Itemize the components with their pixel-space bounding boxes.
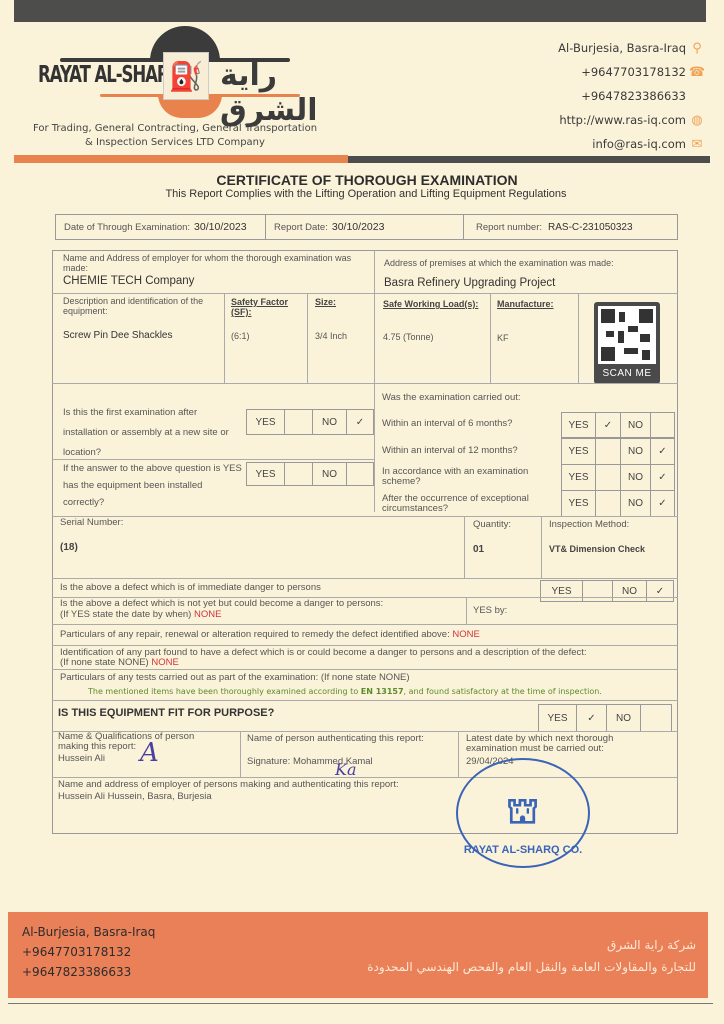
grid-line <box>52 777 678 778</box>
company-tagline: For Trading, General Contracting, Genera… <box>20 122 330 150</box>
footer-phone2[interactable]: +9647823386633 <box>22 962 155 982</box>
contact-phone1[interactable]: +9647703178132☎ <box>558 60 704 84</box>
tests-text-post: , and found satisfactory at the time of … <box>404 687 602 696</box>
contact-phone2[interactable]: +9647823386633 <box>558 84 704 108</box>
method-value: VT& Dimension Check <box>549 544 645 554</box>
contact-email[interactable]: info@ras-iq.com✉ <box>558 132 704 156</box>
yes-label: YES <box>539 705 577 731</box>
grid-line <box>52 624 678 625</box>
footer-ar-line1: شركة راية الشرق <box>367 934 696 956</box>
identification-hint: (If none state NONE) <box>60 657 149 668</box>
no-label: NO <box>621 413 651 438</box>
yes-label: YES <box>562 413 596 438</box>
footer-band: Al-Burjesia, Basra-Iraq +9647703178132 +… <box>8 912 708 998</box>
grid-line <box>52 293 678 294</box>
footer-address: Al-Burjesia, Basra-Iraq <box>22 922 155 942</box>
safety-factor-value: (6:1) <box>231 331 250 341</box>
safety-factor-label: Safety Factor (SF): <box>231 297 301 317</box>
no-label: NO <box>607 705 641 731</box>
interval-12-no-check[interactable]: ✓ <box>651 439 674 464</box>
premises-value: Basra Refinery Upgrading Project <box>384 277 555 289</box>
exam-date-value: 30/10/2023 <box>194 221 247 233</box>
first-exam-yes-no: YES NO ✓ <box>246 409 374 435</box>
employer-persons-value: Hussein Ali Hussein, Basra, Burjesia <box>58 792 212 802</box>
first-exam-yes-check[interactable] <box>285 410 313 434</box>
exam-scheme-yes-check[interactable] <box>596 465 621 490</box>
footer-divider <box>8 1003 713 1004</box>
footer-contact: Al-Burjesia, Basra-Iraq +9647703178132 +… <box>22 922 155 982</box>
grid-line <box>240 731 241 777</box>
equipment-label: Description and identification of the eq… <box>63 296 223 316</box>
immediate-danger-question: Is the above a defect which is of immedi… <box>60 583 321 593</box>
size-label: Size: <box>315 297 336 307</box>
future-danger-sub: (If YES state the date by when) NONE <box>60 610 221 620</box>
qr-code[interactable]: SCAN ME <box>594 302 660 384</box>
oil-pump-icon: ⛽ <box>163 52 209 100</box>
repair-row: Particulars of any repair, renewal or al… <box>60 630 480 640</box>
maker-label: Name & Qualifications of person making t… <box>58 732 218 752</box>
tests-standard: EN 13157 <box>361 687 404 696</box>
installed-yes-check[interactable] <box>285 463 313 485</box>
company-name-en: RAYAT AL-SHARQ <box>38 62 182 88</box>
header-dark-bar <box>14 0 706 22</box>
grid-line <box>466 597 467 624</box>
scan-me-label: SCAN ME <box>598 368 656 379</box>
exceptional-yes-no: YES NO ✓ <box>561 490 675 517</box>
yes-by-label: YES by: <box>473 606 507 616</box>
exam-scheme-yes-no: YES NO ✓ <box>561 464 675 491</box>
company-name-ar: راية الشرق <box>220 58 320 128</box>
grid-line <box>52 383 678 384</box>
tests-result: The mentioned items have been thoroughly… <box>88 687 602 696</box>
tests-text-pre: The mentioned items have been thoroughly… <box>88 687 361 696</box>
exceptional-yes-check[interactable] <box>596 491 621 516</box>
grid-line <box>224 293 225 383</box>
footer-ar-line2: للتجارة والمقاولات العامة والنقل العام و… <box>367 956 696 978</box>
premises-label: Address of premises at which the examina… <box>384 258 614 268</box>
contact-website[interactable]: http://www.ras-iq.com◍ <box>558 108 704 132</box>
location-pin-icon: ⚲ <box>690 41 704 55</box>
employer-persons-label: Name and address of employer of persons … <box>58 780 399 790</box>
interval-12-yes-no: YES NO ✓ <box>561 438 675 465</box>
report-number-value: RAS-C-231050323 <box>548 222 633 233</box>
yes-label: YES <box>562 439 596 464</box>
interval-12-yes-check[interactable] <box>596 439 621 464</box>
quantity-label: Quantity: <box>473 520 511 530</box>
grid-line <box>458 731 459 777</box>
fit-no-check[interactable] <box>641 705 671 731</box>
exceptional-no-check[interactable]: ✓ <box>651 491 674 516</box>
report-date-label: Report Date: <box>274 222 328 233</box>
future-danger-question: Is the above a defect which is not yet b… <box>60 599 383 609</box>
report-date-cell: Report Date:30/10/2023 <box>266 215 464 239</box>
envelope-icon: ✉ <box>690 137 704 151</box>
phone-icon: ☎ <box>690 65 704 79</box>
interval-6-no-check[interactable] <box>651 413 674 438</box>
tagline-line1: For Trading, General Contracting, Genera… <box>20 122 330 136</box>
grid-line <box>464 516 465 578</box>
interval-6-months-question: Within an interval of 6 months? <box>382 419 512 429</box>
no-label: NO <box>621 439 651 464</box>
exam-scheme-question: In accordance with an examination scheme… <box>382 467 552 487</box>
grid-line <box>52 700 678 701</box>
serial-label: Serial Number: <box>60 518 123 528</box>
serial-value: (18) <box>60 542 78 553</box>
authenticator-label: Name of person authenticating this repor… <box>247 734 424 744</box>
exam-date-label: Date of Through Examination: <box>64 222 190 233</box>
size-value: 3/4 Inch <box>315 331 347 341</box>
contact-address: Al-Burjesia, Basra-Iraq⚲ <box>558 36 704 60</box>
manufacture-label: Manufacture: <box>497 299 554 309</box>
method-label: Inspection Method: <box>549 520 629 530</box>
first-exam-yes-label: YES <box>247 410 285 434</box>
contact-info: Al-Burjesia, Basra-Iraq⚲ +9647703178132☎… <box>558 36 704 156</box>
yes-label: YES <box>562 491 596 516</box>
future-danger-hint: (If YES state the date by when) <box>60 609 191 620</box>
fit-for-purpose-label: IS THIS EQUIPMENT FIT FOR PURPOSE? <box>58 707 274 719</box>
header-divider-orange <box>14 155 348 163</box>
stamp-text: RAYAT AL-SHARQ CO. <box>464 844 582 856</box>
first-exam-no-check[interactable]: ✓ <box>347 410 373 434</box>
contact-address-text: Al-Burjesia, Basra-Iraq <box>558 41 686 55</box>
exam-scheme-no-check[interactable]: ✓ <box>651 465 674 490</box>
manufacture-value: KF <box>497 333 509 343</box>
tagline-line2: & Inspection Services LTD Company <box>20 136 330 150</box>
interval-6-yes-check[interactable]: ✓ <box>596 413 621 438</box>
fit-yes-check[interactable]: ✓ <box>577 705 607 731</box>
repair-value: NONE <box>452 629 479 640</box>
identification-value: NONE <box>151 657 178 668</box>
immediate-danger-no-check[interactable]: ✓ <box>647 581 673 601</box>
grid-line <box>307 293 308 383</box>
exam-date-cell: Date of Through Examination:30/10/2023 <box>56 215 266 239</box>
grid-line <box>52 645 678 646</box>
footer-phone1[interactable]: +9647703178132 <box>22 942 155 962</box>
no-label: NO <box>621 465 651 490</box>
email-link[interactable]: info@ras-iq.com <box>592 137 686 151</box>
installed-question: If the answer to the above question is Y… <box>63 460 243 511</box>
swl-value: 4.75 (Tonne) <box>383 332 434 342</box>
repair-label: Particulars of any repair, renewal or al… <box>60 629 450 640</box>
date-info-row: Date of Through Examination:30/10/2023 R… <box>55 214 678 240</box>
grid-line <box>374 250 375 512</box>
equipment-value: Screw Pin Dee Shackles <box>63 330 173 341</box>
maker-signature: A <box>140 738 159 768</box>
installed-no-check[interactable] <box>347 463 373 485</box>
yes-label: YES <box>562 465 596 490</box>
oil-rig-icon: ⛫ <box>506 790 539 837</box>
maker-value: Hussein Ali <box>58 754 105 764</box>
contact-phone2-text[interactable]: +9647823386633 <box>581 89 686 103</box>
grid-line <box>52 669 678 670</box>
immediate-danger-yes-check[interactable] <box>583 581 613 601</box>
header-divider-dark <box>348 156 710 163</box>
grid-line <box>52 516 678 517</box>
carried-out-label: Was the examination carried out: <box>382 393 521 403</box>
tests-label: Particulars of any tests carried out as … <box>60 673 410 683</box>
grid-line <box>490 293 491 383</box>
fit-for-purpose-yes-no: YES ✓ NO <box>538 704 672 732</box>
grid-line <box>541 516 542 578</box>
report-number-cell: Report number:RAS-C-231050323 <box>464 215 677 239</box>
future-danger-value: NONE <box>194 609 221 620</box>
exceptional-circumstances-question: After the occurrence of exceptional circ… <box>382 494 552 514</box>
certificate-subtitle: This Report Complies with the Lifting Op… <box>0 188 724 200</box>
report-number-label: Report number: <box>476 222 542 233</box>
first-exam-no-label: NO <box>313 410 347 434</box>
next-exam-label: Latest date by which next thorough exami… <box>466 734 646 754</box>
certificate-title: CERTIFICATE OF THOROUGH EXAMINATION <box>0 172 724 188</box>
no-label: NO <box>621 491 651 516</box>
no-label: NO <box>613 581 647 601</box>
installed-no-label: NO <box>313 463 347 485</box>
grid-line <box>578 293 579 383</box>
interval-6-yes-no: YES ✓ NO <box>561 412 675 439</box>
company-logo: RAYAT AL-SHARQ ⛽ راية الشرق <box>30 24 320 114</box>
footer-company-ar: شركة راية الشرق للتجارة والمقاولات العام… <box>367 934 696 978</box>
company-stamp: ⛫ RAYAT AL-SHARQ CO. <box>456 758 590 868</box>
first-exam-question: Is this the first examination after inst… <box>63 403 243 463</box>
employer-label: Name and Address of employer for whom th… <box>63 253 371 273</box>
globe-icon: ◍ <box>690 113 704 127</box>
immediate-danger-yes-no: YES NO ✓ <box>540 580 674 602</box>
identification-row: (If none state NONE) NONE <box>60 658 179 668</box>
employer-value: CHEMIE TECH Company <box>63 275 194 287</box>
grid-line <box>52 578 678 579</box>
qr-code-image[interactable] <box>598 306 656 364</box>
website-link[interactable]: http://www.ras-iq.com <box>559 113 686 127</box>
yes-label: YES <box>541 581 583 601</box>
installed-yes-no: YES NO <box>246 462 374 486</box>
contact-phone1-text[interactable]: +9647703178132 <box>581 65 686 79</box>
installed-yes-label: YES <box>247 463 285 485</box>
interval-12-months-question: Within an interval of 12 months? <box>382 446 518 456</box>
quantity-value: 01 <box>473 544 484 555</box>
swl-label: Safe Working Load(s): <box>383 299 478 309</box>
report-date-value: 30/10/2023 <box>332 221 385 233</box>
